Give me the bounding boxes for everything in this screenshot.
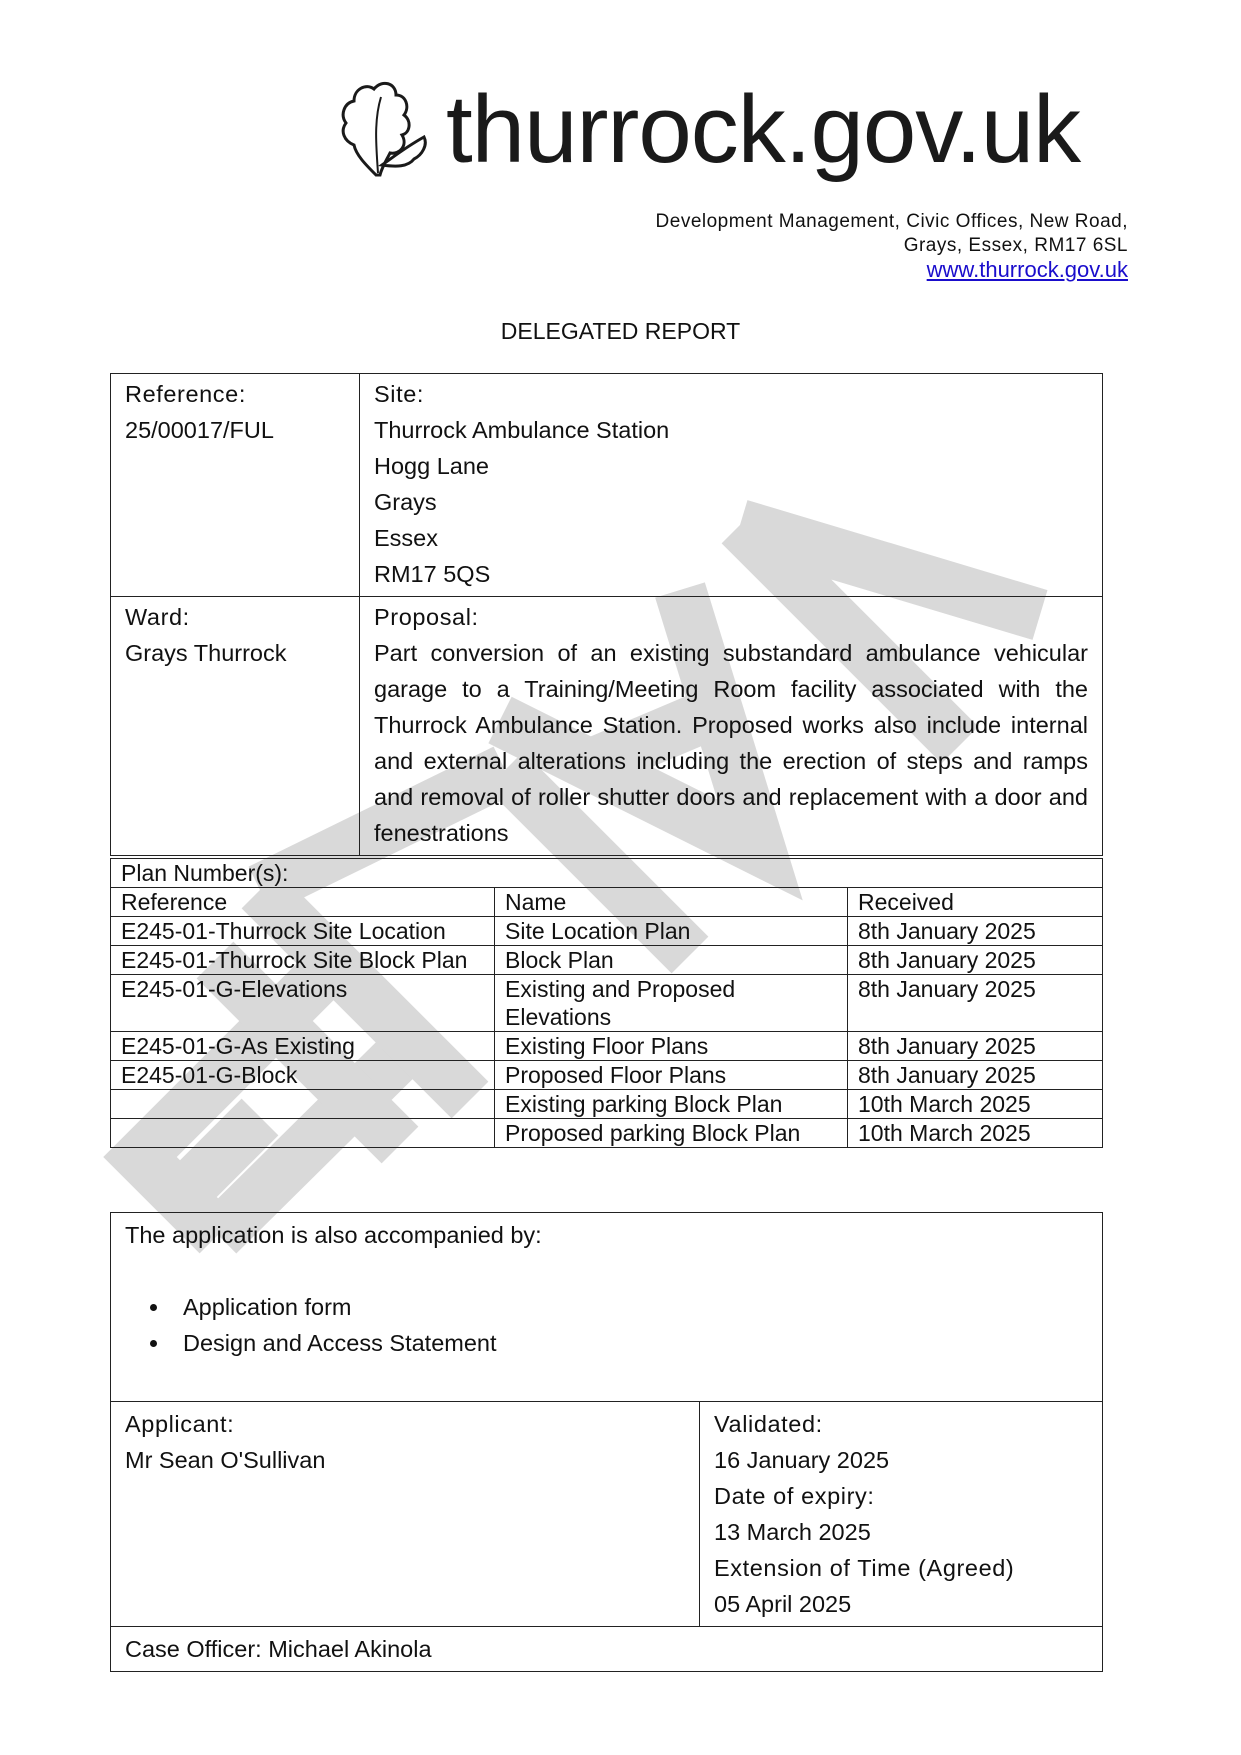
- plan-reference: E245-01-G-Elevations: [111, 975, 495, 1032]
- plan-numbers-heading: Plan Number(s):: [111, 859, 1103, 888]
- plan-received: 8th January 2025: [848, 917, 1103, 946]
- table-row: E245-01-G-As Existing Existing Floor Pla…: [111, 1032, 1103, 1061]
- list-item: Application form: [171, 1289, 1088, 1325]
- list-item: Design and Access Statement: [171, 1325, 1088, 1361]
- table-row: Existing parking Block Plan 10th March 2…: [111, 1090, 1103, 1119]
- applicant-cell: Applicant: Mr Sean O'Sullivan: [111, 1402, 700, 1627]
- website-link[interactable]: www.thurrock.gov.uk: [927, 257, 1128, 282]
- site-cell: Site: Thurrock Ambulance Station Hogg La…: [360, 374, 1103, 597]
- column-header-received: Received: [848, 888, 1103, 917]
- plan-name: Site Location Plan: [495, 917, 848, 946]
- reference-label: Reference:: [125, 376, 345, 412]
- report-title: DELEGATED REPORT: [0, 318, 1241, 345]
- plan-reference: E245-01-Thurrock Site Block Plan: [111, 946, 495, 975]
- reference-value: 25/00017/FUL: [125, 412, 345, 448]
- applicant-label: Applicant:: [125, 1406, 685, 1442]
- address-line-2: Grays, Essex, RM17 6SL: [656, 234, 1128, 258]
- plan-name: Proposed Floor Plans: [495, 1061, 848, 1090]
- column-header-reference: Reference: [111, 888, 495, 917]
- address-line-1: Development Management, Civic Offices, N…: [656, 210, 1128, 234]
- ward-cell: Ward: Grays Thurrock: [111, 597, 360, 856]
- dates-cell: Validated: 16 January 2025 Date of expir…: [700, 1402, 1103, 1627]
- thurrock-logo: thurrock.gov.uk: [336, 70, 1080, 190]
- validated-label: Validated:: [714, 1406, 1088, 1442]
- plan-received: 8th January 2025: [848, 1061, 1103, 1090]
- applicant-value: Mr Sean O'Sullivan: [125, 1442, 685, 1478]
- plan-reference: [111, 1090, 495, 1119]
- plan-received: 10th March 2025: [848, 1119, 1103, 1148]
- site-line: Hogg Lane: [374, 448, 1088, 484]
- reference-cell: Reference: 25/00017/FUL: [111, 374, 360, 597]
- site-line: Grays: [374, 484, 1088, 520]
- ward-value: Grays Thurrock: [125, 635, 345, 671]
- plan-reference: E245-01-G-Block: [111, 1061, 495, 1090]
- plan-reference: E245-01-G-As Existing: [111, 1032, 495, 1061]
- accompanied-list: Application form Design and Access State…: [125, 1289, 1088, 1361]
- case-officer: Case Officer: Michael Akinola: [111, 1627, 1103, 1672]
- ward-label: Ward:: [125, 599, 345, 635]
- table-row: E245-01-Thurrock Site Block Plan Block P…: [111, 946, 1103, 975]
- plan-name: Proposed parking Block Plan: [495, 1119, 848, 1148]
- site-label: Site:: [374, 376, 1088, 412]
- validated-value: 16 January 2025: [714, 1442, 1088, 1478]
- accompanied-heading: The application is also accompanied by:: [125, 1217, 1088, 1253]
- proposal-cell: Proposal: Part conversion of an existing…: [360, 597, 1103, 856]
- plan-received: 8th January 2025: [848, 946, 1103, 975]
- oak-leaf-icon: [336, 75, 436, 185]
- expiry-label: Date of expiry:: [714, 1478, 1088, 1514]
- plan-name: Block Plan: [495, 946, 848, 975]
- plan-name: Existing Floor Plans: [495, 1032, 848, 1061]
- plan-reference: E245-01-Thurrock Site Location: [111, 917, 495, 946]
- logo-text: thurrock.gov.uk: [446, 82, 1080, 178]
- plan-numbers-table: Plan Number(s): Reference Name Received …: [110, 858, 1103, 1148]
- column-header-name: Name: [495, 888, 848, 917]
- extension-label: Extension of Time (Agreed): [714, 1550, 1088, 1586]
- expiry-value: 13 March 2025: [714, 1514, 1088, 1550]
- application-details-table: The application is also accompanied by: …: [110, 1212, 1103, 1672]
- plan-table-header: Reference Name Received: [111, 888, 1103, 917]
- table-row: Proposed parking Block Plan 10th March 2…: [111, 1119, 1103, 1148]
- council-address: Development Management, Civic Offices, N…: [656, 210, 1128, 284]
- extension-value: 05 April 2025: [714, 1586, 1088, 1622]
- summary-table: Reference: 25/00017/FUL Site: Thurrock A…: [110, 373, 1103, 856]
- plan-name: Existing parking Block Plan: [495, 1090, 848, 1119]
- table-row: E245-01-G-Block Proposed Floor Plans 8th…: [111, 1061, 1103, 1090]
- table-row: E245-01-G-Elevations Existing and Propos…: [111, 975, 1103, 1032]
- plan-received: 10th March 2025: [848, 1090, 1103, 1119]
- plan-received: 8th January 2025: [848, 1032, 1103, 1061]
- plan-reference: [111, 1119, 495, 1148]
- site-line: RM17 5QS: [374, 556, 1088, 592]
- site-line: Essex: [374, 520, 1088, 556]
- proposal-text: Part conversion of an existing substanda…: [374, 635, 1088, 851]
- table-row: E245-01-Thurrock Site Location Site Loca…: [111, 917, 1103, 946]
- accompanied-cell: The application is also accompanied by: …: [111, 1213, 1103, 1402]
- plan-received: 8th January 2025: [848, 975, 1103, 1032]
- proposal-label: Proposal:: [374, 599, 1088, 635]
- plan-name: Existing and Proposed Elevations: [495, 975, 848, 1032]
- site-line: Thurrock Ambulance Station: [374, 412, 1088, 448]
